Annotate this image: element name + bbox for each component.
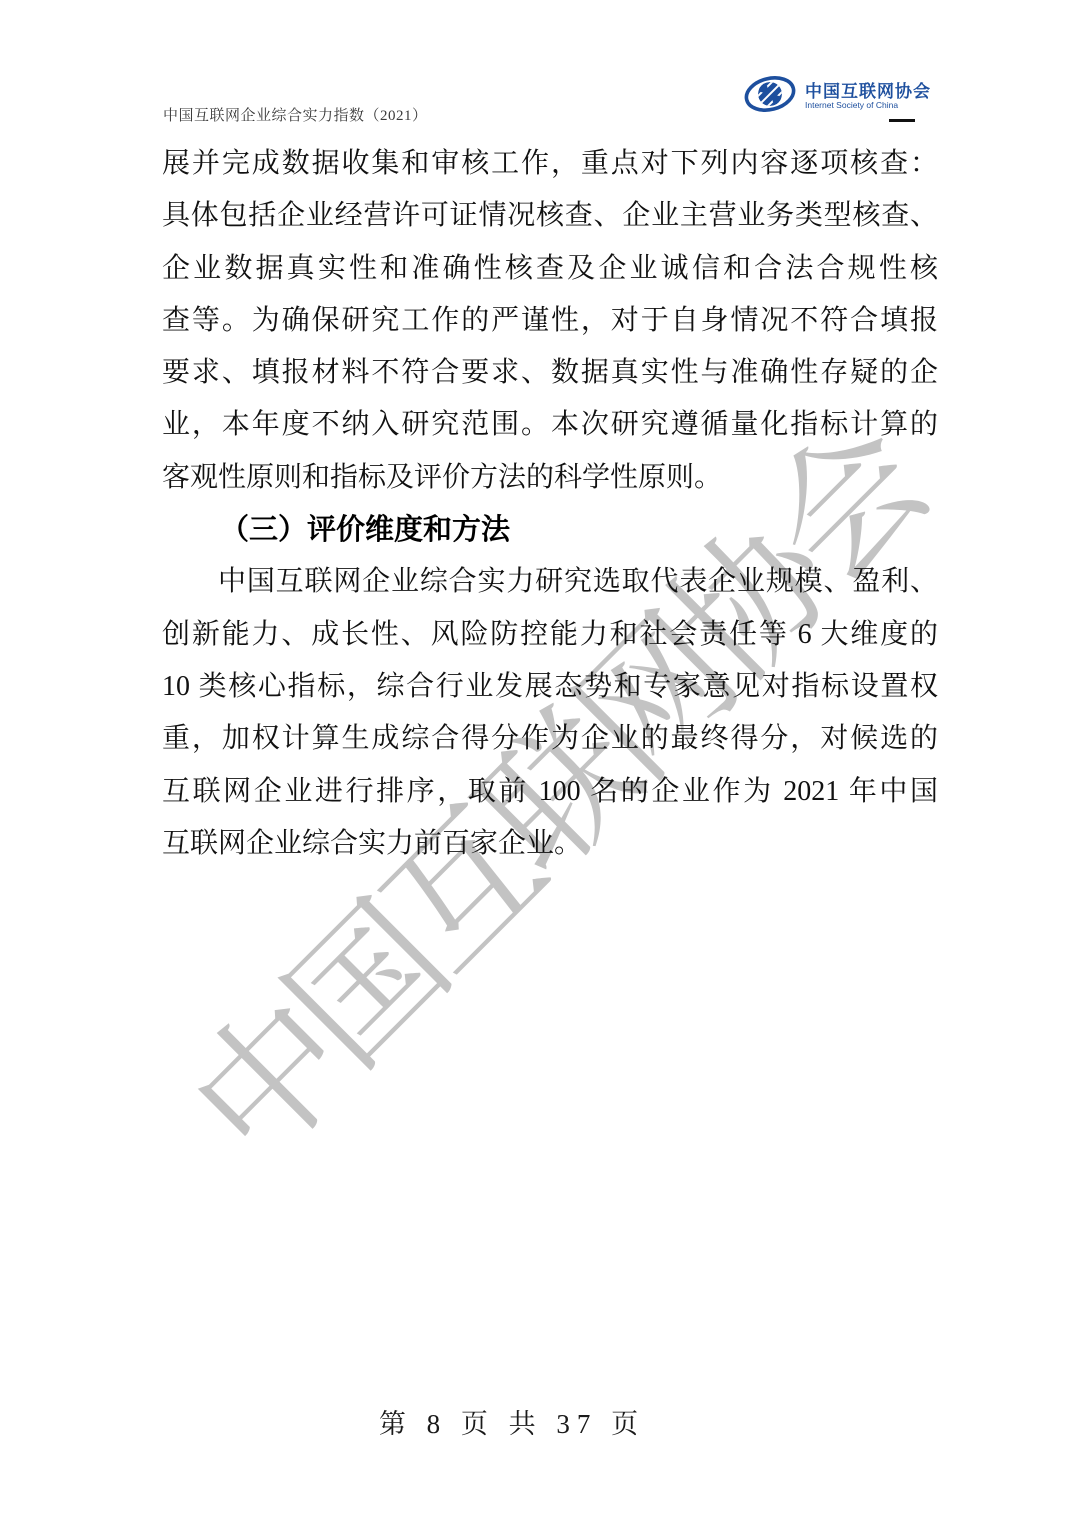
body-line: 创新能力、成长性、风险防控能力和社会责任等 6 大维度的 [162, 609, 938, 661]
body-line: 业，本年度不纳入研究范围。本次研究遵循量化指标计算的 [162, 399, 938, 451]
page-number: 第 8 页 共 37 页 [0, 1402, 1024, 1441]
body-line: 企业数据真实性和准确性核查及企业诚信和合法合规性核 [162, 243, 938, 295]
org-logo: 中国互联网协会 Internet Society of China [744, 74, 931, 119]
body-line: 客观性原则和指标及评价方法的科学性原则。 [162, 452, 938, 504]
body-text: 展并完成数据收集和审核工作，重点对下列内容逐项核查： 具体包括企业经营许可证情况… [162, 138, 938, 870]
body-line: 10 类核心指标，综合行业发展态势和专家意见对指标设置权 [162, 661, 938, 713]
org-name-en: Internet Society of China [805, 101, 931, 111]
body-line: 重，加权计算生成综合得分作为企业的最终得分，对候选的 [162, 713, 938, 765]
body-line: 展并完成数据收集和审核工作，重点对下列内容逐项核查： [162, 138, 938, 190]
body-line: 要求、填报材料不符合要求、数据真实性与准确性存疑的企 [162, 347, 938, 399]
body-line: 中国互联网企业综合实力研究选取代表企业规模、盈利、 [162, 556, 938, 608]
org-name-cn: 中国互联网协会 [805, 82, 931, 102]
body-line: 互联网企业进行排序，取前 100 名的企业作为 2021 年中国 [162, 766, 938, 818]
body-line: 具体包括企业经营许可证情况核查、企业主营业务类型核查、 [162, 190, 938, 242]
section-heading: （三）评价维度和方法 [162, 504, 938, 556]
globe-swirl-icon [744, 74, 796, 119]
org-logo-text: 中国互联网协会 Internet Society of China [805, 82, 931, 111]
header-doc-title: 中国互联网企业综合实力指数（2021） [163, 104, 428, 125]
body-line: 互联网企业综合实力前百家企业。 [162, 818, 938, 870]
header-rule-dash [889, 119, 915, 122]
document-page: 中国互联网协会 中国互联网企业综合实力指数（2021） [0, 0, 1080, 1527]
body-line: 查等。为确保研究工作的严谨性，对于自身情况不符合填报 [162, 295, 938, 347]
